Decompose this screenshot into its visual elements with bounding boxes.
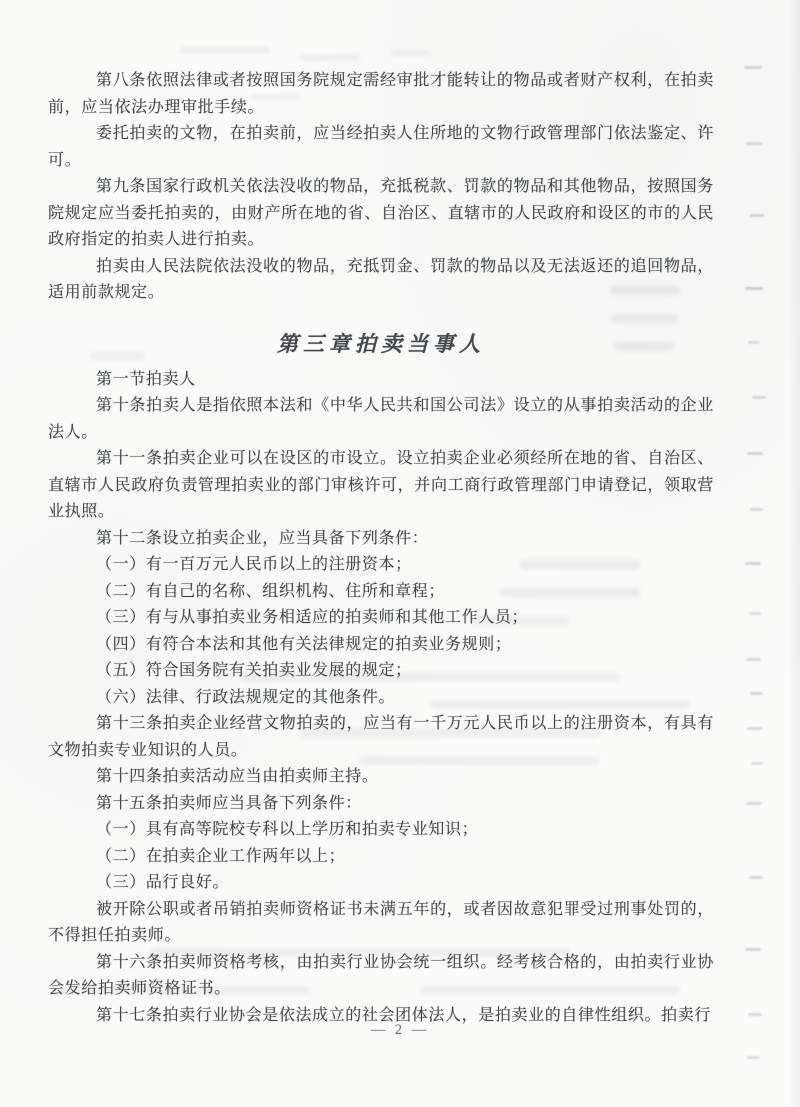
paragraph: （三）品行良好。 <box>48 870 714 897</box>
page-number: — 2 — <box>0 1020 800 1040</box>
show-through-mark <box>747 1056 760 1059</box>
show-through-smudge <box>390 50 430 55</box>
show-through-mark <box>747 452 763 455</box>
show-through-mark <box>746 802 762 805</box>
show-through-mark <box>752 396 766 399</box>
paragraph: 拍卖由人民法院依法没收的物品，充抵罚金、罚款的物品以及无法返还的追回物品，适用前… <box>48 254 714 307</box>
show-through-mark <box>746 658 761 661</box>
show-through-mark <box>751 762 763 765</box>
paragraph: （一）具有高等院校专科以上学历和拍卖专业知识； <box>48 817 714 844</box>
show-through-mark <box>746 142 762 145</box>
paragraph: 第十六条拍卖师资格考核，由拍卖行业协会统一组织。经考核合格的，由拍卖行业协会发给… <box>48 950 714 1003</box>
show-through-mark <box>748 341 760 344</box>
show-through-mark <box>750 214 764 217</box>
paragraph: （四）有符合本法和其他有关法律规定的拍卖业务规则； <box>48 632 714 659</box>
paragraph: 第八条依照法律或者按照国务院规定需经审批才能转让的物品或者财产权利，在拍卖前，应… <box>48 68 714 121</box>
show-through-mark <box>745 948 761 951</box>
show-through-mark <box>749 876 763 879</box>
show-through-mark <box>745 562 761 565</box>
show-through-mark <box>750 508 763 511</box>
show-through-mark <box>745 287 763 290</box>
paragraph: （一）有一百万元人民币以上的注册资本； <box>48 552 714 579</box>
chapter-heading: 第三章拍卖当事人 <box>48 329 714 359</box>
show-through-mark <box>750 692 763 695</box>
paragraph: （二）在拍卖企业工作两年以上； <box>48 844 714 871</box>
show-through-mark <box>749 612 761 615</box>
paragraph: 第十五条拍卖师应当具备下列条件： <box>48 791 714 818</box>
show-through-mark <box>748 1013 762 1016</box>
document-body: 第八条依照法律或者按照国务院规定需经审批才能转让的物品或者财产权利，在拍卖前，应… <box>48 68 714 1029</box>
paragraph: 第十二条设立拍卖企业，应当具备下列条件： <box>48 526 714 553</box>
paragraph: 第十条拍卖人是指依照本法和《中华人民共和国公司法》设立的从事拍卖活动的企业法人。 <box>48 393 714 446</box>
paragraph: （五）符合国务院有关拍卖业发展的规定； <box>48 658 714 685</box>
section-heading: 第一节拍卖人 <box>48 367 714 394</box>
show-through-smudge <box>180 48 270 53</box>
show-through-mark <box>747 727 762 730</box>
paragraph: 第十一条拍卖企业可以在设区的市设立。设立拍卖企业必须经所在地的省、自治区、直辖市… <box>48 446 714 526</box>
paragraph: 第十四条拍卖活动应当由拍卖师主持。 <box>48 764 714 791</box>
paragraph: 委托拍卖的文物，在拍卖前，应当经拍卖人住所地的文物行政管理部门依法鉴定、许可。 <box>48 121 714 174</box>
paragraph: （二）有自己的名称、组织机构、住所和章程； <box>48 579 714 606</box>
paragraph: （六）法律、行政法规规定的其他条件。 <box>48 685 714 712</box>
paragraph: 被开除公职或者吊销拍卖师资格证书未满五年的，或者因故意犯罪受过刑事处罚的，不得担… <box>48 897 714 950</box>
show-through-mark <box>744 66 762 69</box>
paragraph: 第九条国家行政机关依法没收的物品，充抵税款、罚款的物品和其他物品，按照国务院规定… <box>48 174 714 254</box>
paragraph: （三）有与从事拍卖业务相适应的拍卖师和其他工作人员； <box>48 605 714 632</box>
show-through-smudge <box>300 55 360 60</box>
paragraph: 第十三条拍卖企业经营文物拍卖的，应当有一千万元人民币以上的注册资本，有具有文物拍… <box>48 711 714 764</box>
